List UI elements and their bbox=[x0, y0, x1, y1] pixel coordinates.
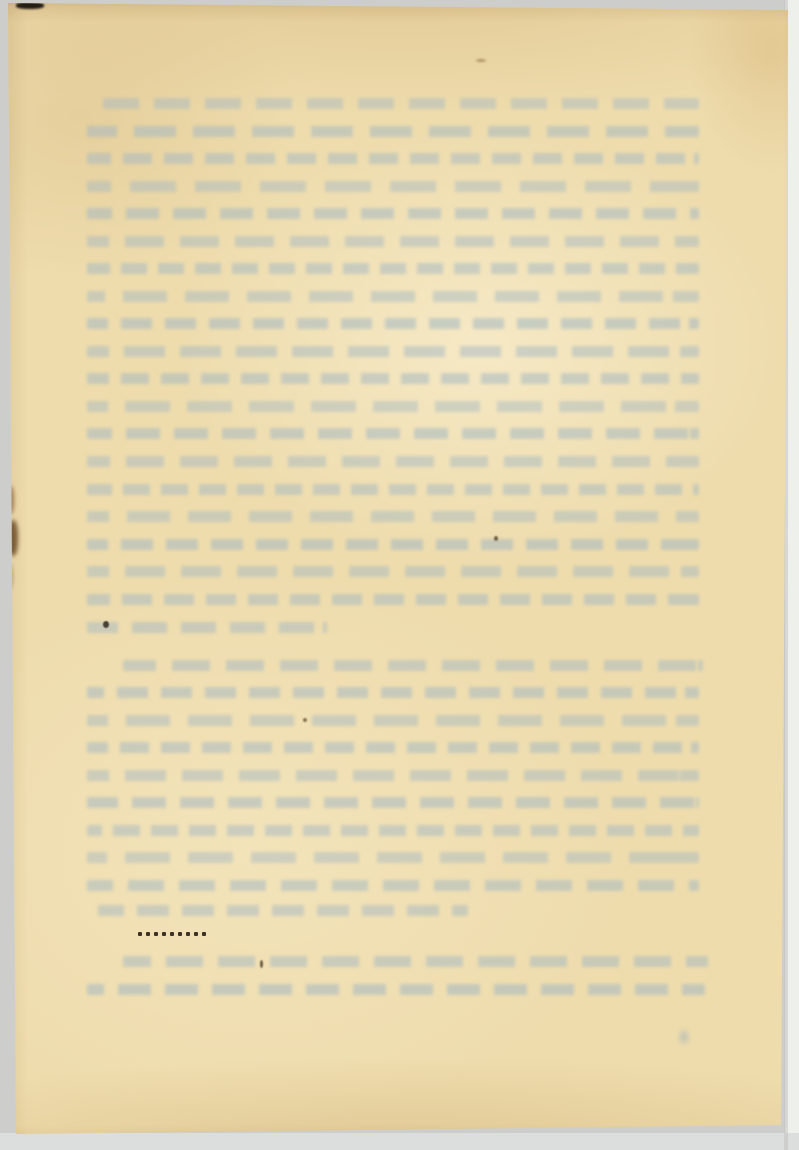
paragraph-1-line-20 bbox=[87, 622, 327, 633]
paragraph-1-line-13 bbox=[87, 428, 699, 439]
separator-dot bbox=[154, 932, 158, 936]
paragraph-1-line-8 bbox=[87, 291, 699, 302]
paragraph-2-line-7 bbox=[87, 825, 699, 836]
paragraph-2-line-2 bbox=[87, 687, 699, 698]
paragraph-1-line-4 bbox=[87, 181, 699, 192]
separator-dot bbox=[138, 932, 142, 936]
separator-dot bbox=[178, 932, 182, 936]
paragraph-1-line-11 bbox=[87, 373, 699, 384]
paragraph-1-line-14 bbox=[87, 456, 699, 467]
paragraph-2-line-5 bbox=[87, 770, 699, 781]
paragraph-1-line-10 bbox=[87, 346, 699, 357]
separator-dot bbox=[202, 932, 206, 936]
paragraph-1-line-18 bbox=[87, 566, 699, 577]
paragraph-1-line-5 bbox=[87, 208, 699, 219]
paragraph-2-line-6 bbox=[87, 797, 699, 808]
paragraph-1-line-6 bbox=[87, 236, 699, 247]
separator-dot bbox=[186, 932, 190, 936]
paragraph-3-line-2 bbox=[87, 984, 705, 995]
page-number-faded bbox=[674, 1024, 694, 1050]
paragraph-2-line-10 bbox=[98, 905, 468, 916]
paragraph-2-line-1 bbox=[123, 660, 703, 671]
dotted-separator bbox=[138, 932, 206, 936]
paragraph-1-line-9 bbox=[87, 318, 699, 329]
paragraph-3-line-1 bbox=[123, 956, 708, 967]
paragraph-2-line-9 bbox=[87, 880, 699, 891]
separator-dot bbox=[146, 932, 150, 936]
paragraph-1-line-19 bbox=[87, 594, 699, 605]
paragraph-1-line-12 bbox=[87, 401, 699, 412]
paragraph-2-line-4 bbox=[87, 742, 699, 753]
paper-sheet bbox=[0, 0, 799, 1150]
paragraph-1-line-7 bbox=[87, 263, 699, 274]
scanner-backdrop-bottom bbox=[0, 1133, 799, 1150]
separator-dot bbox=[170, 932, 174, 936]
faded-text-layer bbox=[0, 0, 799, 1150]
paragraph-1-line-2 bbox=[87, 126, 699, 137]
paragraph-1-line-17 bbox=[87, 539, 699, 550]
paragraph-2-line-3 bbox=[87, 715, 699, 726]
separator-dot bbox=[162, 932, 166, 936]
paragraph-2-line-8 bbox=[87, 852, 699, 863]
scanned-document-page bbox=[0, 0, 799, 1150]
separator-dot bbox=[194, 932, 198, 936]
paragraph-1-line-3 bbox=[87, 153, 699, 164]
paragraph-1-line-1 bbox=[103, 98, 699, 109]
paragraph-1-line-15 bbox=[87, 484, 699, 495]
paragraph-1-line-16 bbox=[87, 511, 699, 522]
left-edge-stain-3 bbox=[5, 564, 12, 590]
